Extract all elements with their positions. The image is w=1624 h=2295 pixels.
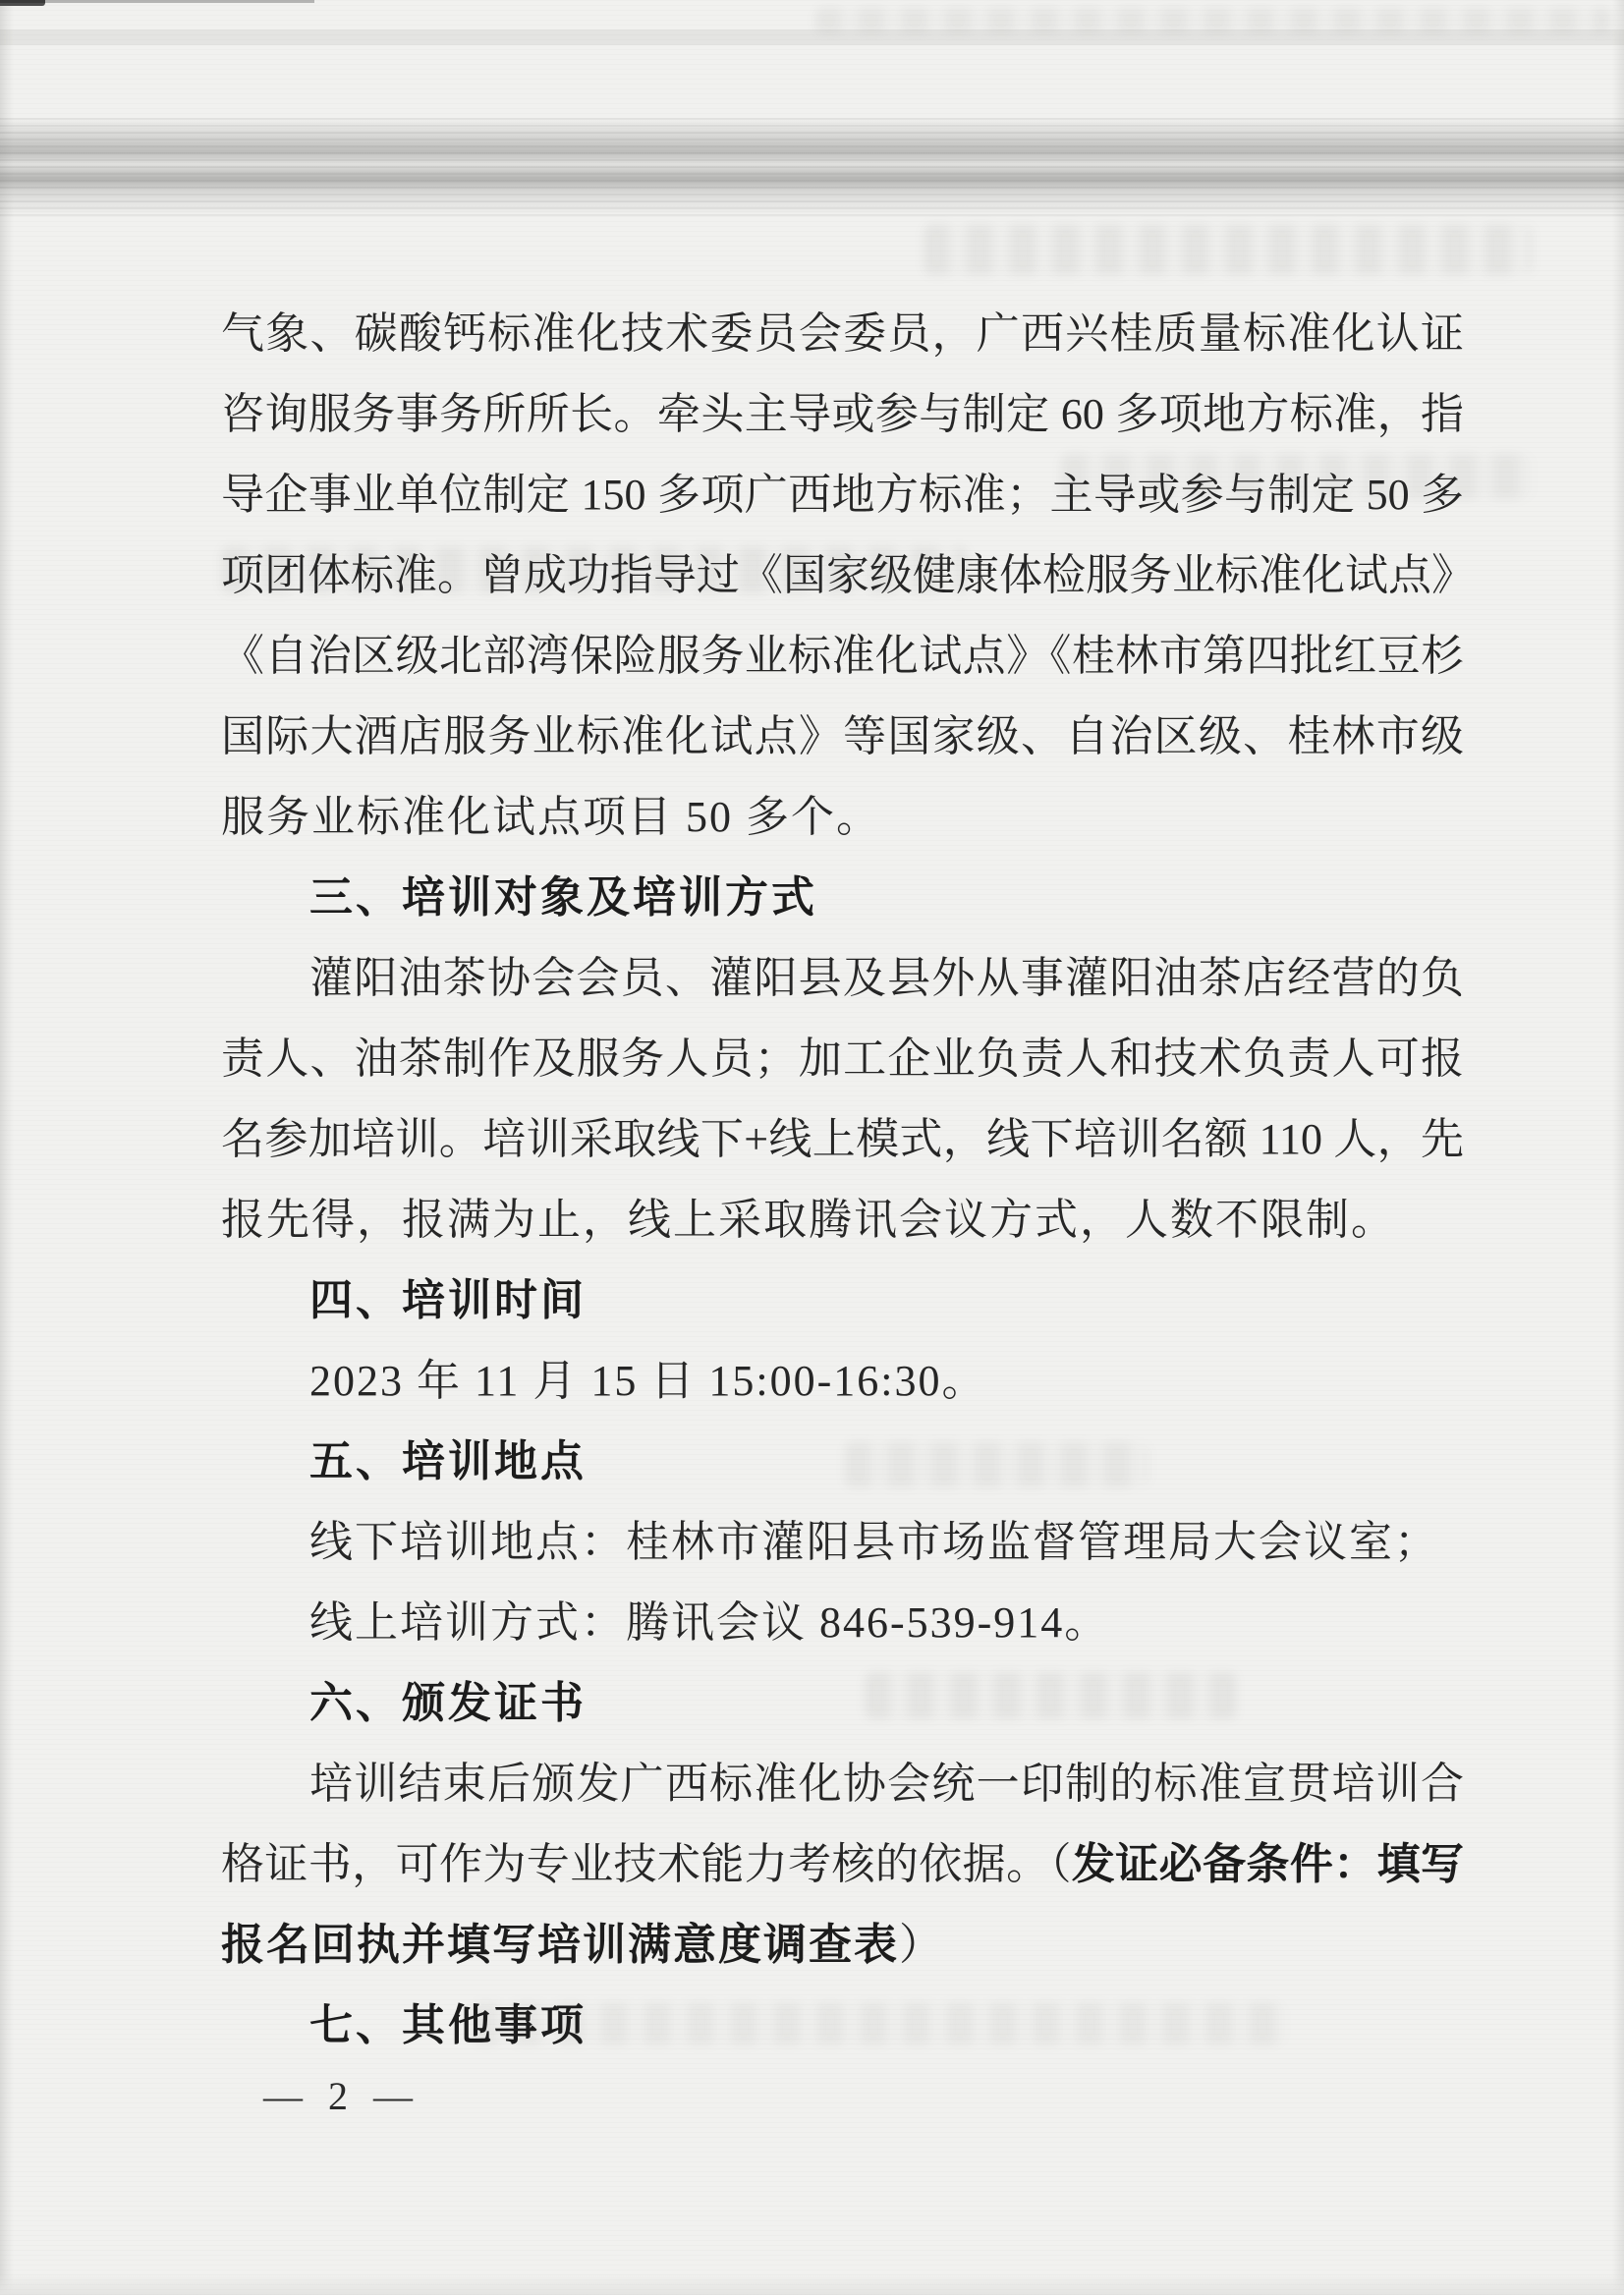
body-line-11: 报先得，报满为止，线上采取腾讯会议方式，人数不限制。 bbox=[221, 1180, 1464, 1260]
heading-other-matters: 七、其他事项 bbox=[221, 1986, 1464, 2066]
body-text-normal: 格证书，可作为专业技术能力考核的依据。（ bbox=[221, 1840, 1072, 1888]
certificate-condition-bold: 发证必备条件：填写 bbox=[1072, 1840, 1464, 1888]
body-line-13: 格证书，可作为专业技术能力考核的依据。（发证必备条件：填写 bbox=[221, 1824, 1464, 1905]
body-line-8: 灌阳油茶协会会员、灌阳县及县外从事灌阳油茶店经营的负 bbox=[221, 938, 1464, 1019]
footer-dash-left: — bbox=[263, 2074, 303, 2118]
bleedthrough-artifact bbox=[924, 224, 1533, 275]
heading-training-time: 四、培训时间 bbox=[221, 1260, 1464, 1341]
body-text-normal: ） bbox=[899, 1921, 944, 1969]
body-line-12: 培训结束后颁发广西标准化协会统一印制的标准宣贯培训合 bbox=[221, 1744, 1464, 1824]
body-line-7: 服务业标准化试点项目 50 多个。 bbox=[221, 777, 1464, 858]
page-number: 2 bbox=[328, 2074, 348, 2118]
footer-dash-right: — bbox=[373, 2074, 413, 2118]
body-line-2: 咨询服务事务所所长。牵头主导或参与制定 60 多项地方标准，指 bbox=[221, 374, 1464, 455]
heading-training-location: 五、培训地点 bbox=[221, 1422, 1464, 1502]
certificate-condition-bold: 报名回执并填写培训满意度调查表 bbox=[221, 1921, 899, 1969]
document-body: 气象、碳酸钙标准化技术委员会委员，广西兴桂质量标准化认证 咨询服务事务所所长。牵… bbox=[221, 294, 1464, 2066]
scan-edge-bottom bbox=[0, 2273, 1624, 2295]
online-meeting-line: 线上培训方式：腾讯会议 846-539-914。 bbox=[221, 1583, 1464, 1663]
scan-edge-left bbox=[0, 0, 14, 2295]
body-line-14: 报名回执并填写培训满意度调查表） bbox=[221, 1905, 1464, 1986]
body-line-3: 导企事业单位制定 150 多项广西地方标准；主导或参与制定 50 多 bbox=[221, 455, 1464, 535]
scan-top-line bbox=[0, 0, 314, 3]
body-line-4: 项团体标准。曾成功指导过《国家级健康体检服务业标准化试点》 bbox=[221, 535, 1464, 616]
body-line-1: 气象、碳酸钙标准化技术委员会委员，广西兴桂质量标准化认证 bbox=[221, 294, 1464, 374]
offline-location-line: 线下培训地点：桂林市灌阳县市场监督管理局大会议室； bbox=[221, 1502, 1464, 1583]
scan-artifact-band bbox=[0, 118, 1624, 216]
page-footer: —2— bbox=[263, 2073, 413, 2119]
scan-edge-right bbox=[1612, 0, 1624, 2295]
heading-training-targets: 三、培训对象及培训方式 bbox=[221, 858, 1464, 938]
bleedthrough-artifact bbox=[815, 8, 1611, 33]
body-line-5: 《自治区级北部湾保险服务业标准化试点》《桂林市第四批红豆杉 bbox=[221, 616, 1464, 697]
scanned-document-page: 气象、碳酸钙标准化技术委员会委员，广西兴桂质量标准化认证 咨询服务事务所所长。牵… bbox=[0, 0, 1624, 2295]
training-time-value: 2023 年 11 月 15 日 15:00-16:30。 bbox=[221, 1341, 1464, 1422]
body-line-9: 责人、油茶制作及服务人员；加工企业负责人和技术负责人可报 bbox=[221, 1019, 1464, 1099]
body-line-6: 国际大酒店服务业标准化试点》等国家级、自治区级、桂林市级 bbox=[221, 697, 1464, 777]
heading-certificate: 六、颁发证书 bbox=[221, 1663, 1464, 1744]
body-line-10: 名参加培训。培训采取线下+线上模式，线下培训名额 110 人，先 bbox=[221, 1099, 1464, 1180]
